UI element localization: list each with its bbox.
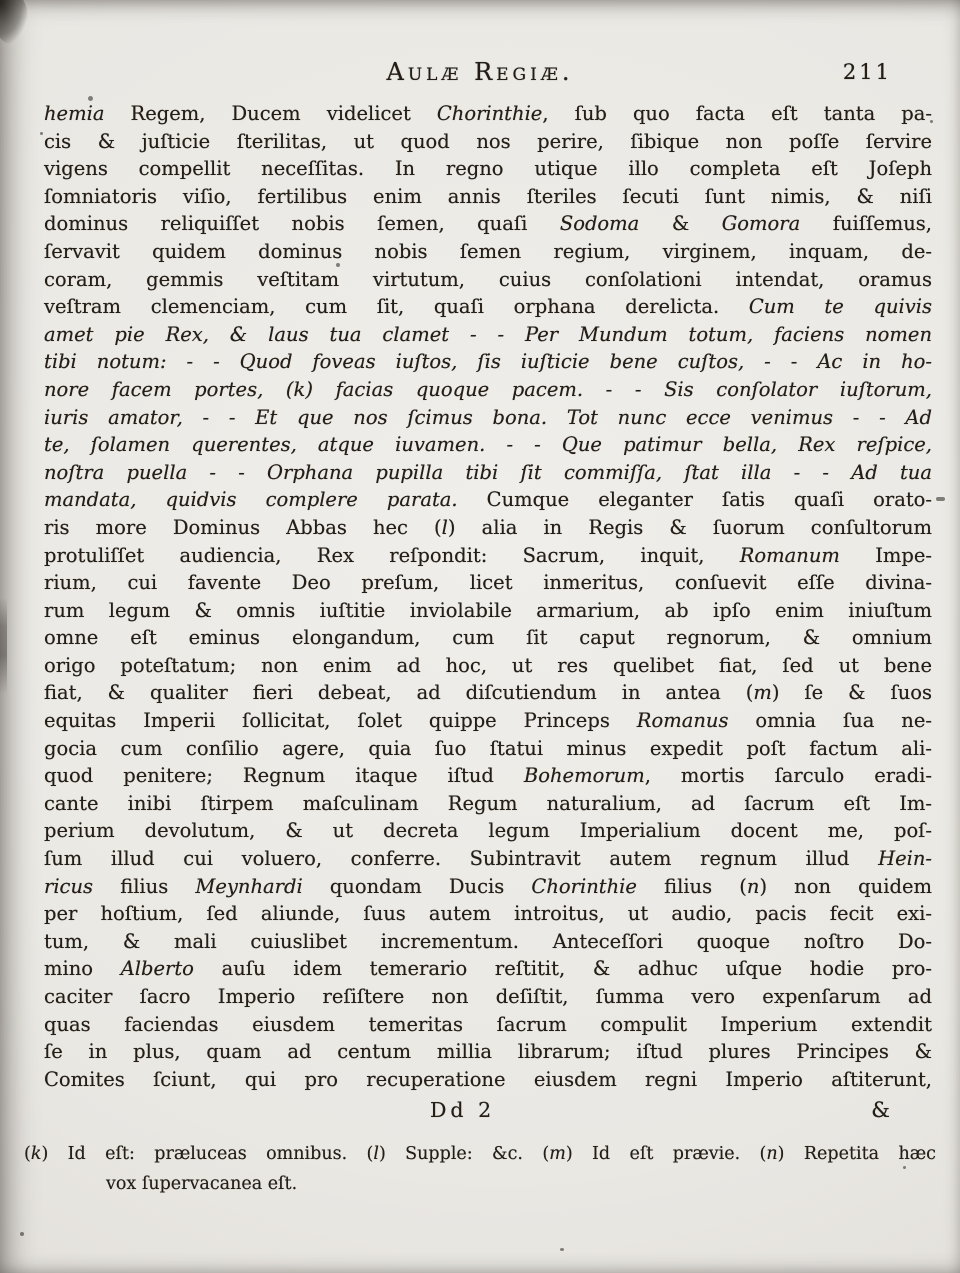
text-line: vox ſupervacanea eſt. — [24, 1169, 936, 1199]
text-line: coram, gemmis veſtitam virtutum, cuius c… — [44, 266, 932, 294]
roman-text: ris more Dominus Abbas hec ( — [44, 516, 442, 539]
text-line: quod penitere; Regnum itaque iſtud Bohem… — [44, 762, 932, 790]
roman-text: omnia ſua ne- — [728, 709, 932, 732]
roman-text: fiat, & qualiter fieri debeat, ad diſcut… — [44, 681, 753, 704]
italic-text: nore facem portes, (k) facias quoque pac… — [44, 378, 932, 401]
roman-text: cante inibi ſtirpem maſculinam Regum nat… — [44, 792, 932, 815]
roman-text: caciter ſacro Imperio reſiſtere non deſi… — [44, 985, 932, 1008]
scan-speck — [936, 497, 945, 501]
italic-text: hemia — [44, 102, 104, 125]
roman-text: ſe in plus, quam ad centum millia librar… — [44, 1040, 932, 1063]
roman-text: quas faciendas eiusdem temeritas ſacrum … — [44, 1013, 932, 1036]
running-title: Aulæ Regiæ. — [386, 58, 573, 86]
roman-text: veſtram clemenciam, cum ſit, quaſi orpha… — [44, 295, 749, 318]
roman-text: , ſub quo facta eſt tanta pa- — [542, 102, 932, 125]
text-line: iuris amator, - - Et que nos ſcimus bona… — [44, 404, 932, 432]
italic-text: Chorinthie — [531, 875, 637, 898]
scan-speck — [560, 1248, 564, 1251]
text-line: gocia cum conſilio agere, quia ſuo ſtatu… — [44, 735, 932, 763]
italic-text: n — [766, 1144, 777, 1164]
roman-text: ) Id eſt prævie. ( — [566, 1144, 767, 1164]
roman-text: ) ſe & ſuos — [772, 681, 932, 704]
text-line: ſum illud cui voluero, conferre. Subintr… — [44, 845, 932, 873]
text-line: dominus reliquiſſet nobis ſemen, quaſi S… — [44, 210, 932, 238]
italic-text: Meynhardi — [195, 875, 302, 898]
roman-text: rum legum & omnis iuſtitie inviolabile a… — [44, 599, 932, 622]
text-line: cis & juſticie ſterilitas, ut quod nos p… — [44, 128, 932, 156]
roman-text: vox ſupervacanea eſt. — [106, 1174, 297, 1194]
roman-text: omne eſt eminus elongandum, cum ſit capu… — [44, 626, 932, 649]
text-line: tibi notum: - - Quod foveas iuſtos, ſis … — [44, 348, 932, 376]
scan-speck — [40, 132, 43, 135]
text-line: rum legum & omnis iuſtitie inviolabile a… — [44, 597, 932, 625]
text-line: tum, & mali cuiuslibet incrementum. Ante… — [44, 928, 932, 956]
roman-text: Cumque eleganter ſatis quaſi orato- — [458, 488, 932, 511]
text-line: hemia Regem, Ducem videlicet Chorinthie,… — [44, 100, 932, 128]
text-line: nore facem portes, (k) facias quoque pac… — [44, 376, 932, 404]
roman-text: ſomniatoris viſio, fertilibus enim annis… — [44, 185, 932, 208]
roman-text: vigens compellit neceſſitas. In regno ut… — [44, 157, 932, 180]
roman-text: per hoſtium, ſed aliunde, ſuus autem int… — [44, 902, 932, 925]
roman-text: ) Repetita hæc — [778, 1144, 936, 1164]
text-line: protuliſſet audiencia, Rex reſpondit: Sa… — [44, 542, 932, 570]
text-line: ricus filius Meynhardi quondam Ducis Cho… — [44, 873, 932, 901]
text-line: veſtram clemenciam, cum ſit, quaſi orpha… — [44, 293, 932, 321]
text-line: caciter ſacro Imperio reſiſtere non deſi… — [44, 983, 932, 1011]
roman-text: quondam Ducis — [303, 875, 532, 898]
roman-text: ) Id eſt: præluceas omnibus. ( — [41, 1144, 373, 1164]
italic-text: Romanum — [740, 544, 840, 567]
text-line: perium devolutum, & ut decreta legum Imp… — [44, 817, 932, 845]
roman-text: ſervavit quidem dominus nobis ſemen regi… — [44, 240, 932, 263]
italic-text: m — [549, 1144, 566, 1164]
roman-text: ( — [24, 1144, 31, 1164]
roman-text: quod penitere; Regnum itaque iſtud — [44, 764, 524, 787]
ink-blob-artifact — [0, 0, 28, 44]
roman-text: equitas Imperii ſollicitat, ſolet quippe… — [44, 709, 637, 732]
text-line: cante inibi ſtirpem maſculinam Regum nat… — [44, 790, 932, 818]
roman-text: origo poteſtatum; non enim ad hoc, ut re… — [44, 654, 932, 677]
roman-text: rium, cui favente Deo preſum, licet inme… — [44, 571, 932, 594]
text-line: ſervavit quidem dominus nobis ſemen regi… — [44, 238, 932, 266]
roman-text: , mortis ſarculo eradi- — [645, 764, 932, 787]
roman-text: tum, & mali cuiuslibet incrementum. Ante… — [44, 930, 932, 953]
roman-text: coram, gemmis veſtitam virtutum, cuius c… — [44, 268, 932, 291]
text-line: te, ſolamen querentes, atque iuvamen. - … — [44, 431, 932, 459]
scan-edge-streak — [0, 598, 7, 694]
italic-text: Gomora — [722, 212, 801, 235]
roman-text: ) Supple: &c. ( — [379, 1144, 549, 1164]
text-line: quas faciendas eiusdem temeritas ſacrum … — [44, 1011, 932, 1039]
text-line: origo poteſtatum; non enim ad hoc, ut re… — [44, 652, 932, 680]
text-line: (k) Id eſt: præluceas omnibus. (l) Suppl… — [24, 1139, 936, 1169]
text-line: ſomniatoris viſio, fertilibus enim annis… — [44, 183, 932, 211]
roman-text: Comites ſciunt, qui pro recuperatione ei… — [44, 1068, 932, 1091]
roman-text: protuliſſet audiencia, Rex reſpondit: Sa… — [44, 544, 740, 567]
text-line: ris more Dominus Abbas hec (l) alia in R… — [44, 514, 932, 542]
signature-mark: Dd 2 — [430, 1098, 495, 1122]
italic-text: Sodoma — [560, 212, 639, 235]
roman-text: ) non quidem — [759, 875, 932, 898]
italic-text: ricus — [44, 875, 93, 898]
roman-text: cis & juſticie ſterilitas, ut quod nos p… — [44, 130, 932, 153]
roman-text: ſum illud cui voluero, conferre. Subintr… — [44, 847, 878, 870]
italic-text: amet pie Rex, & laus tua clamet - - Per … — [44, 323, 932, 346]
italic-text: mandata, quidvis complere parata. — [44, 488, 458, 511]
italic-text: Cum te quivis — [749, 295, 932, 318]
italic-text: noſtra puella - - Orphana pupilla tibi ſ… — [44, 461, 932, 484]
italic-text: Chorinthie — [437, 102, 543, 125]
signature-line: Dd 2 & — [44, 1098, 932, 1128]
roman-text: mino — [44, 957, 121, 980]
roman-text: Impe- — [840, 544, 932, 567]
text-line: ſe in plus, quam ad centum millia librar… — [44, 1038, 932, 1066]
roman-text: gocia cum conſilio agere, quia ſuo ſtatu… — [44, 737, 932, 760]
text-line: amet pie Rex, & laus tua clamet - - Per … — [44, 321, 932, 349]
footnotes: (k) Id eſt: præluceas omnibus. (l) Suppl… — [24, 1139, 936, 1199]
text-line: per hoſtium, ſed aliunde, ſuus autem int… — [44, 900, 932, 928]
roman-text: filius ( — [637, 875, 747, 898]
italic-text: m — [753, 681, 772, 704]
catchword: & — [871, 1098, 890, 1122]
italic-text: tibi notum: - - Quod foveas iuſtos, ſis … — [44, 350, 932, 373]
text-line: rium, cui favente Deo preſum, licet inme… — [44, 569, 932, 597]
book-page: Aulæ Regiæ. 211 hemia Regem, Ducem videl… — [0, 0, 960, 1273]
italic-text: te, ſolamen querentes, atque iuvamen. - … — [44, 433, 932, 456]
page-header: Aulæ Regiæ. 211 — [0, 58, 960, 90]
text-line: mino Alberto auſu idem temerario reſtiti… — [44, 955, 932, 983]
roman-text: auſu idem temerario reſtitit, & adhuc uſ… — [194, 957, 932, 980]
italic-text: Hein- — [878, 847, 932, 870]
page-number: 211 — [843, 60, 892, 84]
text-line: omne eſt eminus elongandum, cum ſit capu… — [44, 624, 932, 652]
body-text: hemia Regem, Ducem videlicet Chorinthie,… — [44, 100, 932, 1093]
scan-speck — [20, 1232, 24, 1236]
roman-text: perium devolutum, & ut decreta legum Imp… — [44, 819, 932, 842]
roman-text: filius — [93, 875, 195, 898]
italic-text: Romanus — [637, 709, 729, 732]
roman-text: ) alia in Regis & ſuorum conſultorum — [448, 516, 932, 539]
text-line: equitas Imperii ſollicitat, ſolet quippe… — [44, 707, 932, 735]
text-line: vigens compellit neceſſitas. In regno ut… — [44, 155, 932, 183]
text-line: Comites ſciunt, qui pro recuperatione ei… — [44, 1066, 932, 1094]
italic-text: n — [747, 875, 760, 898]
text-line: fiat, & qualiter fieri debeat, ad diſcut… — [44, 679, 932, 707]
italic-text: Bohemorum — [524, 764, 645, 787]
roman-text: dominus reliquiſſet nobis ſemen, quaſi — [44, 212, 560, 235]
italic-text: iuris amator, - - Et que nos ſcimus bona… — [44, 406, 932, 429]
roman-text: fuiſſemus, — [800, 212, 932, 235]
italic-text: Alberto — [121, 957, 194, 980]
text-line: noſtra puella - - Orphana pupilla tibi ſ… — [44, 459, 932, 487]
roman-text: & — [639, 212, 721, 235]
italic-text: k — [31, 1144, 42, 1164]
text-line: mandata, quidvis complere parata. Cumque… — [44, 486, 932, 514]
roman-text: Regem, Ducem videlicet — [104, 102, 436, 125]
